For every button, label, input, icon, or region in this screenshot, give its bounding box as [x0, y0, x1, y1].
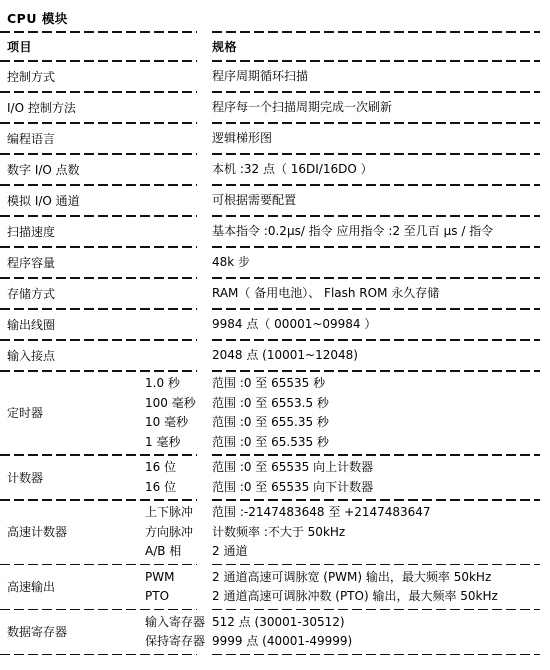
row-separator	[0, 60, 550, 62]
row-spec-value: 计数频率 :不大于 50kHz	[212, 523, 550, 543]
separator-gap	[197, 309, 212, 310]
table-row: 高速输出PWMPTO2 通道高速可调脉宽 (PWM) 输出，最大频率 50kHz…	[0, 566, 550, 609]
row-item-label: 控制方式	[7, 69, 145, 85]
row-separator	[0, 499, 550, 501]
row-spec-value: 程序周期循环扫描	[212, 67, 550, 87]
separator-left-segment	[0, 277, 197, 279]
row-spec-value: 基本指令 :0.2μs/ 指令 应用指令 :2 至几百 μs / 指令	[212, 222, 550, 242]
separator-right-segment	[212, 31, 540, 33]
row-spec-value: 范围 :0 至 65535 向下计数器	[212, 478, 550, 498]
row-spec-value: 512 点 (30001-30512)	[212, 613, 550, 633]
row-spec-values: RAM（ 备用电池）、 Flash ROM 永久存储	[212, 284, 550, 304]
separator-gap	[197, 564, 212, 565]
separator-left-segment	[0, 564, 197, 566]
row-spec-values: 程序每一个扫描周期完成一次刷新	[212, 98, 550, 118]
row-spec-values: 9984 点（ 00001~09984 ）	[212, 315, 550, 335]
table-row: 控制方式程序周期循环扫描	[0, 62, 550, 91]
row-separator	[0, 31, 550, 33]
separator-left-segment	[0, 308, 197, 310]
separator-right-segment	[212, 654, 540, 656]
separator-gap	[197, 609, 212, 610]
row-spec-value: 可根据需要配置	[212, 191, 550, 211]
separator-gap	[197, 371, 212, 372]
separator-gap	[197, 278, 212, 279]
separator-gap	[197, 185, 212, 186]
separator-right-segment	[212, 153, 540, 155]
separator-left-segment	[0, 153, 197, 155]
row-item-label: 数据寄存器	[7, 624, 145, 640]
row-item-label: 计数器	[7, 470, 145, 486]
row-separator	[0, 370, 550, 372]
row-sub-label: 方向脉冲	[145, 523, 212, 543]
separator-right-segment	[212, 339, 540, 341]
separator-left-segment	[0, 499, 197, 501]
row-item-label: 输出线圈	[7, 317, 145, 333]
row-spec-values: 可根据需要配置	[212, 191, 550, 211]
separator-gap	[197, 32, 212, 33]
separator-left-segment	[0, 91, 197, 93]
row-sub-labels: 16 位16 位	[145, 458, 212, 497]
row-sub-labels: 1.0 秒100 毫秒10 毫秒1 毫秒	[145, 374, 212, 452]
row-item-label: 程序容量	[7, 255, 145, 271]
row-separator	[0, 454, 550, 456]
row-item-label: 输入接点	[7, 348, 145, 364]
row-spec-value: 本机 :32 点（ 16DI/16DO ）	[212, 160, 550, 180]
separator-right-segment	[212, 499, 540, 501]
separator-left-segment	[0, 454, 197, 456]
row-separator	[0, 609, 550, 611]
row-spec-values: 2 通道高速可调脉宽 (PWM) 输出，最大频率 50kHz2 通道高速可调脉冲…	[212, 568, 550, 607]
row-separator	[0, 339, 550, 341]
row-spec-value: 范围 :0 至 65535 向上计数器	[212, 458, 550, 478]
separator-gap	[197, 654, 212, 655]
separator-gap	[197, 61, 212, 62]
row-separator	[0, 246, 550, 248]
separator-left-segment	[0, 31, 197, 33]
separator-left-segment	[0, 370, 197, 372]
row-separator	[0, 308, 550, 310]
row-item-label: 扫描速度	[7, 224, 145, 240]
separator-left-segment	[0, 122, 197, 124]
separator-gap	[197, 340, 212, 341]
separator-left-segment	[0, 215, 197, 217]
separator-gap	[197, 455, 212, 456]
table-row: 存储方式RAM（ 备用电池）、 Flash ROM 永久存储	[0, 279, 550, 308]
table-row: 数字 I/O 点数本机 :32 点（ 16DI/16DO ）	[0, 155, 550, 184]
separator-right-segment	[212, 184, 540, 186]
separator-gap	[197, 500, 212, 501]
row-spec-value: 2 通道	[212, 542, 550, 562]
table-row: 数据寄存器输入寄存器保持寄存器512 点 (30001-30512)9999 点…	[0, 611, 550, 654]
row-spec-value: 9999 点 (40001-49999)	[212, 632, 550, 652]
separator-right-segment	[212, 215, 540, 217]
row-item-label: 存储方式	[7, 286, 145, 302]
table-row: 计数器16 位16 位范围 :0 至 65535 向上计数器范围 :0 至 65…	[0, 456, 550, 499]
row-spec-values: 本机 :32 点（ 16DI/16DO ）	[212, 160, 550, 180]
row-item-label: I/O 控制方法	[7, 100, 145, 116]
row-sub-label: 输入寄存器	[145, 613, 212, 633]
row-separator	[0, 564, 550, 566]
table-row: 定时器1.0 秒100 毫秒10 毫秒1 毫秒范围 :0 至 65535 秒范围…	[0, 372, 550, 454]
separator-gap	[197, 123, 212, 124]
cpu-module-spec-page: CPU 模块 项目 规格 控制方式程序周期循环扫描I/O 控制方法程序每一个扫描…	[0, 0, 550, 670]
row-spec-values: 基本指令 :0.2μs/ 指令 应用指令 :2 至几百 μs / 指令	[212, 222, 550, 242]
row-sub-label: 16 位	[145, 458, 212, 478]
row-spec-value: 范围 :0 至 655.35 秒	[212, 413, 550, 433]
row-spec-value: 逻辑梯形图	[212, 129, 550, 149]
separator-right-segment	[212, 454, 540, 456]
table-row: 编程语言逻辑梯形图	[0, 124, 550, 153]
separator-right-segment	[212, 564, 540, 566]
row-spec-value: RAM（ 备用电池）、 Flash ROM 永久存储	[212, 284, 550, 304]
row-spec-values: 48k 步	[212, 253, 550, 273]
row-separator	[0, 91, 550, 93]
row-spec-value: 2 通道高速可调脉宽 (PWM) 输出，最大频率 50kHz	[212, 568, 550, 588]
page-title: CPU 模块	[0, 0, 550, 31]
row-spec-values: 512 点 (30001-30512)9999 点 (40001-49999)	[212, 613, 550, 652]
row-item-label: 高速输出	[7, 579, 145, 595]
row-sub-label: 上下脉冲	[145, 503, 212, 523]
table-row: I/O 控制方法程序每一个扫描周期完成一次刷新	[0, 93, 550, 122]
row-spec-value: 2048 点 (10001~12048)	[212, 346, 550, 366]
row-spec-value: 范围 :0 至 65535 秒	[212, 374, 550, 394]
row-item-label: 编程语言	[7, 131, 145, 147]
separator-gap	[197, 92, 212, 93]
row-item-label: 高速计数器	[7, 524, 145, 540]
separator-left-segment	[0, 654, 197, 656]
row-sub-label: 100 毫秒	[145, 394, 212, 414]
row-sub-labels: 上下脉冲方向脉冲A/B 相	[145, 503, 212, 562]
row-separator	[0, 153, 550, 155]
row-spec-values: 逻辑梯形图	[212, 129, 550, 149]
row-sub-labels: PWMPTO	[145, 568, 212, 607]
row-item-label: 定时器	[7, 405, 145, 421]
row-sub-label: 1 毫秒	[145, 433, 212, 453]
row-sub-label: 10 毫秒	[145, 413, 212, 433]
table-row: 程序容量48k 步	[0, 248, 550, 277]
row-sub-labels: 输入寄存器保持寄存器	[145, 613, 212, 652]
table-header-row: 项目 规格	[0, 33, 550, 60]
row-spec-value: 2 通道高速可调脉冲数 (PTO) 输出，最大频率 50kHz	[212, 587, 550, 607]
separator-gap	[197, 247, 212, 248]
table-row: 模拟 I/O 通道可根据需要配置	[0, 186, 550, 215]
table-row: 输出线圈9984 点（ 00001~09984 ）	[0, 310, 550, 339]
row-separator	[0, 215, 550, 217]
row-sub-label: A/B 相	[145, 542, 212, 562]
separator-gap	[197, 154, 212, 155]
row-sub-label: PWM	[145, 568, 212, 588]
row-spec-values: 范围 :0 至 65535 秒范围 :0 至 6553.5 秒范围 :0 至 6…	[212, 374, 550, 452]
row-sub-label: PTO	[145, 587, 212, 607]
row-spec-value: 范围 :0 至 6553.5 秒	[212, 394, 550, 414]
spec-table-body: 控制方式程序周期循环扫描I/O 控制方法程序每一个扫描周期完成一次刷新编程语言逻…	[0, 62, 550, 656]
separator-right-segment	[212, 609, 540, 611]
row-sub-label: 16 位	[145, 478, 212, 498]
row-spec-value: 9984 点（ 00001~09984 ）	[212, 315, 550, 335]
separator-right-segment	[212, 60, 540, 62]
separator-right-segment	[212, 370, 540, 372]
table-row: 高速计数器上下脉冲方向脉冲A/B 相范围 :-2147483648 至 +214…	[0, 501, 550, 564]
separator-right-segment	[212, 246, 540, 248]
table-row: 输入接点2048 点 (10001~12048)	[0, 341, 550, 370]
separator-gap	[197, 216, 212, 217]
row-separator	[0, 184, 550, 186]
row-spec-value: 范围 :0 至 65.535 秒	[212, 433, 550, 453]
row-separator	[0, 277, 550, 279]
separator-left-segment	[0, 246, 197, 248]
row-item-label: 数字 I/O 点数	[7, 162, 145, 178]
row-spec-value: 48k 步	[212, 253, 550, 273]
row-spec-value: 程序每一个扫描周期完成一次刷新	[212, 98, 550, 118]
separator-left-segment	[0, 609, 197, 611]
row-item-label: 模拟 I/O 通道	[7, 193, 145, 209]
separator-right-segment	[212, 277, 540, 279]
row-spec-value: 范围 :-2147483648 至 +2147483647	[212, 503, 550, 523]
table-row: 扫描速度基本指令 :0.2μs/ 指令 应用指令 :2 至几百 μs / 指令	[0, 217, 550, 246]
separator-right-segment	[212, 122, 540, 124]
header-item-label: 项目	[7, 39, 145, 55]
separator-left-segment	[0, 339, 197, 341]
row-separator	[0, 122, 550, 124]
separator-right-segment	[212, 91, 540, 93]
row-separator	[0, 654, 550, 656]
separator-left-segment	[0, 60, 197, 62]
separator-right-segment	[212, 308, 540, 310]
header-spec-label: 规格	[212, 39, 550, 55]
row-sub-label: 保持寄存器	[145, 632, 212, 652]
row-spec-values: 2048 点 (10001~12048)	[212, 346, 550, 366]
row-sub-label: 1.0 秒	[145, 374, 212, 394]
separator-left-segment	[0, 184, 197, 186]
row-spec-values: 范围 :-2147483648 至 +2147483647计数频率 :不大于 5…	[212, 503, 550, 562]
row-spec-values: 范围 :0 至 65535 向上计数器范围 :0 至 65535 向下计数器	[212, 458, 550, 497]
row-spec-values: 程序周期循环扫描	[212, 67, 550, 87]
